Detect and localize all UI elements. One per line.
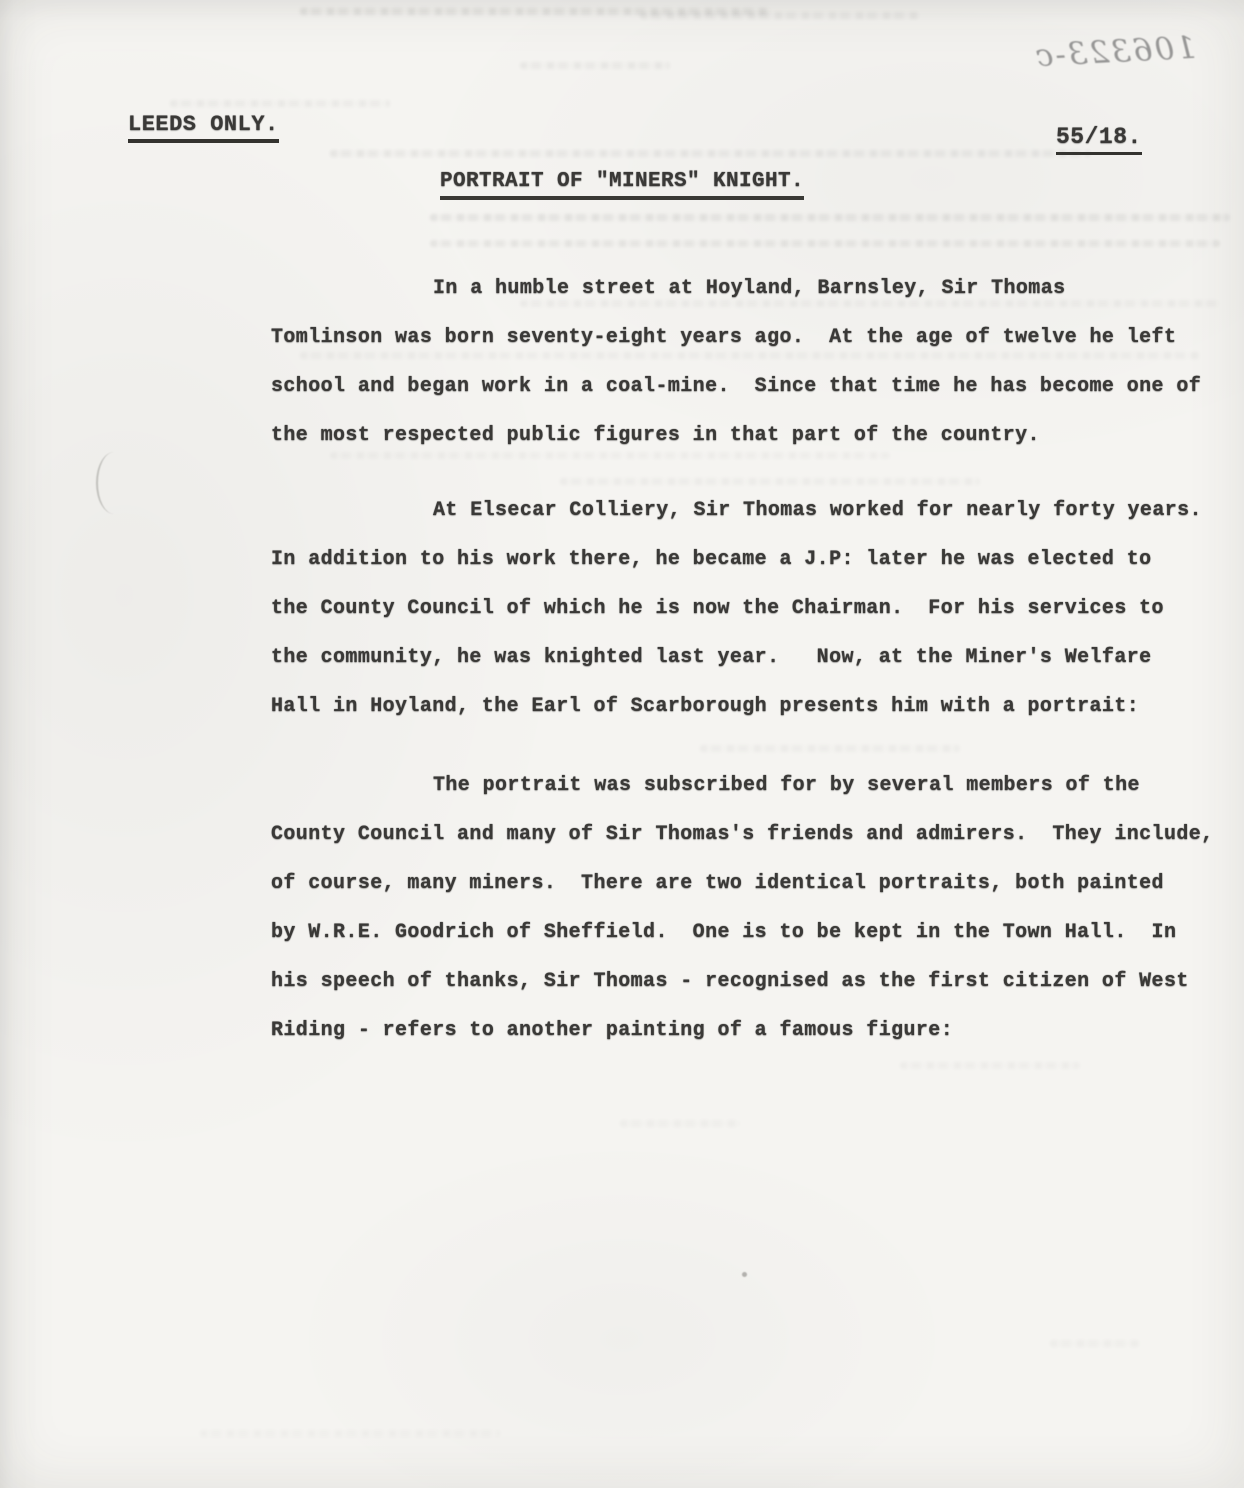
text-line: his speech of thanks, Sir Thomas - recog… xyxy=(271,969,1231,1018)
bleed-through-mark xyxy=(1050,1340,1140,1347)
text-line: At Elsecar Colliery, Sir Thomas worked f… xyxy=(271,498,1231,547)
text-line: The portrait was subscribed for by sever… xyxy=(271,773,1231,822)
bleed-through-mark xyxy=(620,1120,740,1127)
text-line: the community, he was knighted last year… xyxy=(271,645,1231,694)
bleed-through-mark xyxy=(430,214,1230,221)
bleed-through-mark xyxy=(560,478,980,485)
text-line: by W.R.E. Goodrich of Sheffield. One is … xyxy=(271,920,1231,969)
bleed-through-mark xyxy=(700,745,960,752)
bleed-through-mark xyxy=(330,452,890,459)
text-line: the most respected public figures in tha… xyxy=(271,423,1231,472)
text-line: In addition to his work there, he became… xyxy=(271,547,1231,596)
text-line: school and began work in a coal-mine. Si… xyxy=(271,374,1231,423)
text-line: County Council and many of Sir Thomas's … xyxy=(271,822,1231,871)
bleed-through-mark xyxy=(300,352,1200,359)
bleed-through-mark xyxy=(520,300,1220,307)
paragraph-2: At Elsecar Colliery, Sir Thomas worked f… xyxy=(271,498,1231,743)
text-line: Tomlinson was born seventy-eight years a… xyxy=(271,325,1231,374)
text-line: the County Council of which he is now th… xyxy=(271,596,1231,645)
bleed-through-mark xyxy=(520,62,670,69)
bleed-through-mark xyxy=(200,1430,500,1437)
ink-speck xyxy=(742,1272,747,1277)
paragraph-3: The portrait was subscribed for by sever… xyxy=(271,773,1231,1067)
distribution-label: LEEDS ONLY. xyxy=(128,112,279,143)
text-line: Riding - refers to another painting of a… xyxy=(271,1018,1231,1067)
bleed-through-mark xyxy=(170,100,390,107)
text-line: Hall in Hoyland, the Earl of Scarborough… xyxy=(271,694,1231,743)
bleed-through-mark xyxy=(900,1062,1080,1069)
document-title: PORTRAIT OF "MINERS" KNIGHT. xyxy=(0,170,1244,200)
paper-crease xyxy=(96,452,132,514)
bleed-through-mark xyxy=(640,12,920,19)
archive-number-mirrored: 106323-c xyxy=(1004,28,1226,75)
bleed-through-mark xyxy=(330,150,1090,157)
scanned-document-page: 106323-c LEEDS ONLY. 55/18. PORTRAIT OF … xyxy=(0,0,1244,1488)
document-title-text: PORTRAIT OF "MINERS" KNIGHT. xyxy=(440,170,804,200)
text-line: of course, many miners. There are two id… xyxy=(271,871,1231,920)
bleed-through-mark xyxy=(430,240,1220,247)
